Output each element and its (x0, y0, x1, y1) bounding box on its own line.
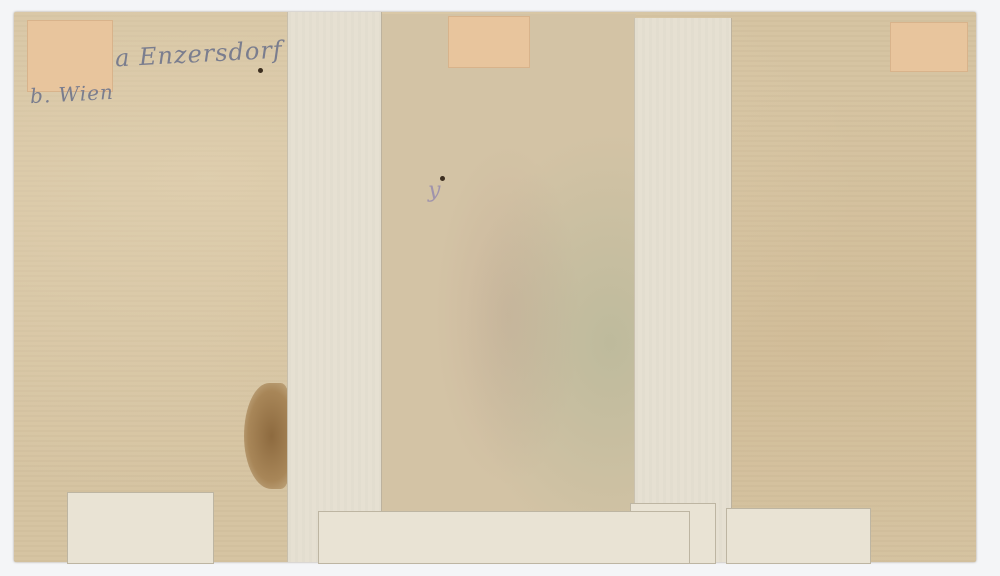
tape-strip-right (634, 18, 732, 562)
ink-dot (258, 68, 263, 73)
paper-patch-bottom-center (318, 511, 690, 564)
paper-patch-bottom-right (726, 508, 871, 564)
handwritten-city: b. Wien (29, 80, 114, 108)
violet-pencil-mark: y (428, 178, 440, 203)
adhesive-tab-top-right (890, 22, 968, 72)
paper-patch-bottom-left (67, 492, 214, 564)
water-stain (244, 383, 290, 489)
adhesive-tab-top-center (448, 16, 530, 68)
ink-dot (440, 176, 445, 181)
center-panel (380, 14, 636, 562)
tape-strip-left (287, 12, 382, 562)
